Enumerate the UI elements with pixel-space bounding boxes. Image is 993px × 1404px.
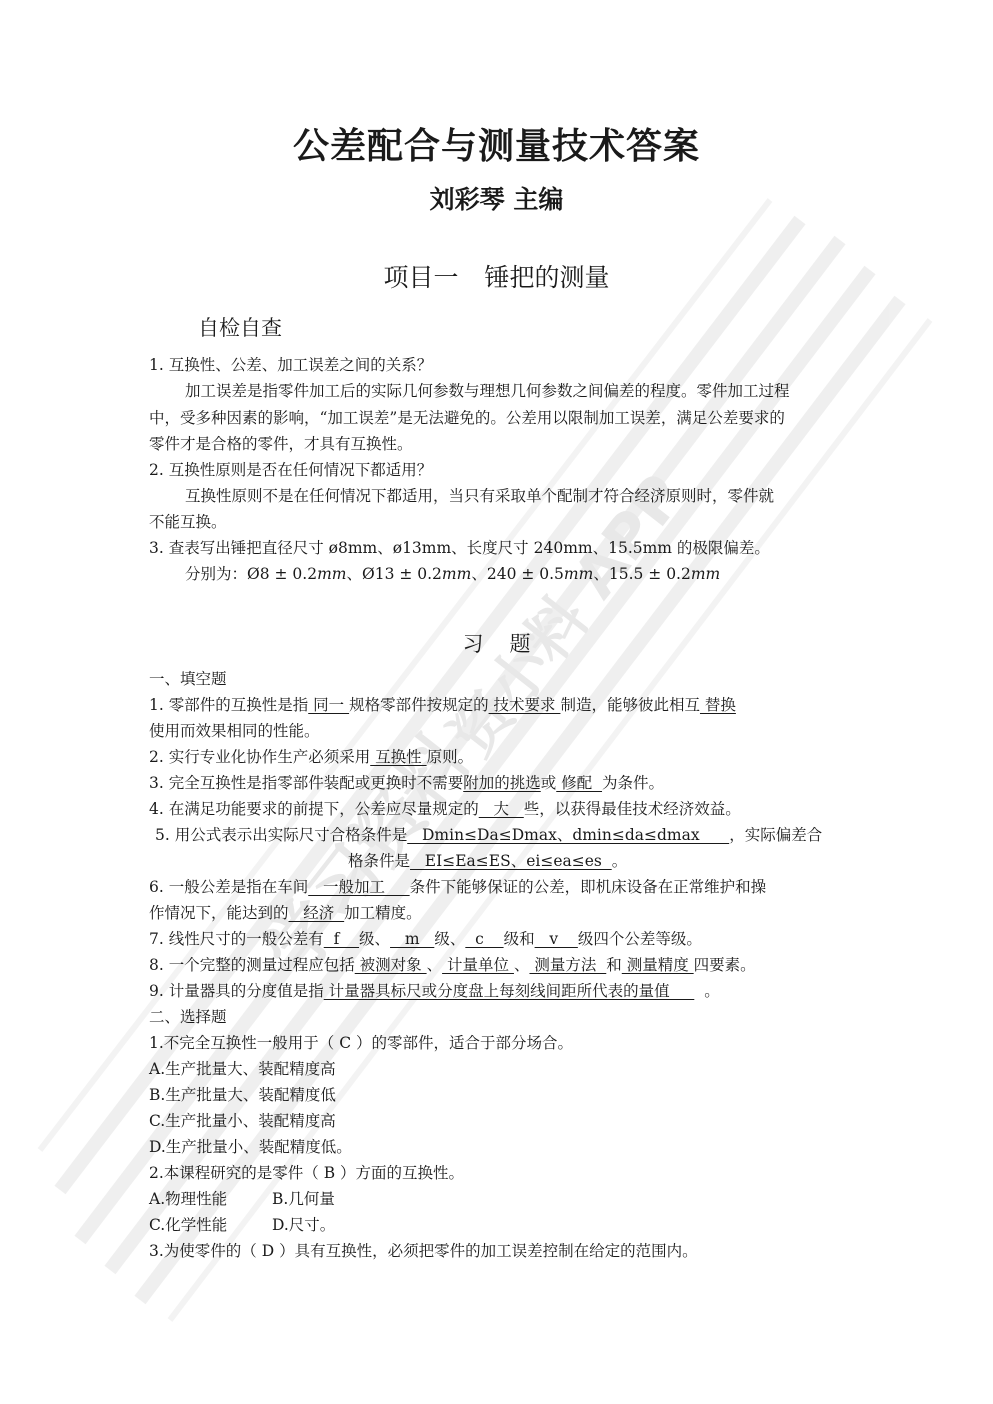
- choice-option: C.化学性能: [149, 1218, 227, 1234]
- text: 、: [514, 956, 530, 974]
- choice-option: B.生产批量大、装配精度低: [149, 1088, 336, 1104]
- text: 制造，能够彼此相互: [560, 696, 700, 714]
- blank-answer: 测量方法: [529, 956, 606, 974]
- blank-answer: 被测对象: [355, 956, 427, 974]
- text: 级和: [504, 930, 535, 948]
- answer-2-line-1: 互换性原则不是在任何情况下都适用，当只有采取单个配制才符合经济原则时，零件就: [185, 489, 774, 505]
- fill-question-5-cont: 格条件是 EI≤Ea≤ES、ei≤ea≤es 。: [348, 854, 627, 870]
- project-heading: 项目一锤把的测量: [0, 258, 993, 294]
- choice-option: B.几何量: [272, 1192, 335, 1208]
- choice-question-3: 3.为使零件的（ D ）具有互换性，必须把零件的加工误差控制在给定的范围内。: [149, 1244, 698, 1260]
- fill-question-2: 2. 实行专业化协作生产必须采用 互换性 原则。: [149, 750, 473, 766]
- text: 级、: [359, 930, 390, 948]
- unit: mm: [564, 565, 593, 583]
- section-heading-exercises: 习题: [0, 628, 993, 658]
- text: 级、: [434, 930, 465, 948]
- fill-question-4: 4. 在满足功能要求的前提下，公差应尽量规定的 大 些，以获得最佳技术经济效益。: [149, 802, 741, 818]
- text: ，实际偏差合: [729, 826, 822, 844]
- section-heading-self-check: 自检自查: [198, 312, 282, 342]
- answer-value: Ø8 ± 0.2: [247, 565, 317, 583]
- fill-question-9: 9. 计量器具的分度值是指 计量器具标尺或分度盘上每刻线间距所代表的量值 。: [149, 984, 720, 1000]
- answer-1-line-3: 零件才是合格的零件，才具有互换性。: [149, 437, 413, 453]
- heading-char: 习: [463, 632, 484, 656]
- unit: mm: [317, 565, 346, 583]
- choice-option: A.物理性能: [149, 1192, 227, 1208]
- fill-question-5: 5. 用公式表示出实际尺寸合格条件是 Dmin≤Da≤Dmax、dmin≤da≤…: [155, 828, 822, 844]
- choice-option: D.尺寸。: [272, 1218, 335, 1234]
- answer-3: 分别为：Ø8 ± 0.2mm、Ø13 ± 0.2mm、240 ± 0.5mm、1…: [185, 567, 720, 583]
- text: 作情况下，能达到的: [149, 904, 289, 922]
- answer-1-line-2: 中，受多种因素的影响，“加工误差”是无法避免的。公差用以限制加工误差，满足公差要…: [149, 411, 785, 427]
- text: 5. 用公式表示出实际尺寸合格条件是: [155, 826, 407, 844]
- text: 和: [606, 956, 622, 974]
- choice-question-2: 2.本课程研究的是零件（ B ）方面的互换性。: [149, 1166, 464, 1182]
- fill-question-1-cont: 使用而效果相同的性能。: [149, 724, 320, 740]
- document-editor: 刘彩琴 主编: [0, 180, 993, 216]
- choice-option: C.生产批量小、装配精度高: [149, 1114, 336, 1130]
- text: 8. 一个完整的测量过程应包括: [149, 956, 355, 974]
- blank-answer: 同一: [308, 696, 349, 714]
- fill-question-6-cont: 作情况下，能达到的 经济 加工精度。: [149, 906, 422, 922]
- fill-blank-heading: 一、填空题: [149, 672, 227, 688]
- text: 原则。: [427, 748, 474, 766]
- text: 条件下能够保证的公差，即机床设备在正常维护和操: [410, 878, 767, 896]
- answer-value: Ø13 ± 0.2: [362, 565, 442, 583]
- text: 1. 零部件的互换性是指: [149, 696, 308, 714]
- blank-answer: 修配: [556, 774, 602, 792]
- answer-prefix: 分别为：: [185, 565, 247, 583]
- project-number: 项目一: [383, 263, 458, 292]
- fill-question-8: 8. 一个完整的测量过程应包括 被测对象 、 计量单位 、 测量方法 和 测量精…: [149, 958, 756, 974]
- text: 加工精度。: [344, 904, 422, 922]
- blank-answer: EI≤Ea≤ES、ei≤ea≤es: [410, 852, 612, 870]
- multiple-choice-heading: 二、选择题: [149, 1010, 227, 1026]
- question-2: 2. 互换性原则是否在任何情况下都适用？: [149, 463, 432, 479]
- text: 四要素。: [694, 956, 756, 974]
- text: 级四个公差等级。: [578, 930, 702, 948]
- choice-option: A.生产批量大、装配精度高: [149, 1062, 336, 1078]
- blank-answer: 替换: [700, 696, 736, 714]
- blank-answer: 大: [479, 800, 524, 818]
- blank-answer: 经济: [289, 904, 345, 922]
- text: 格条件是: [348, 852, 410, 870]
- separator: 、: [346, 565, 362, 583]
- answer-value: 15.5 ± 0.2: [609, 565, 691, 583]
- blank-answer: v: [535, 930, 578, 948]
- blank-answer: c: [465, 930, 503, 948]
- text: 9. 计量器具的分度值是指: [149, 982, 324, 1000]
- answer-1-line-1: 加工误差是指零件加工后的实际几何参数与理想几何参数之间偏差的程度。零件加工过程: [185, 384, 790, 400]
- blank-answer: Dmin≤Da≤Dmax、dmin≤da≤dmax: [407, 826, 729, 844]
- blank-answer: 计量单位: [442, 956, 514, 974]
- answer-value: 240 ± 0.5: [487, 565, 564, 583]
- blank-answer: 互换性: [370, 748, 426, 766]
- text: 。: [704, 982, 720, 1000]
- blank-answer: 技术要求: [489, 696, 561, 714]
- text: 2. 实行专业化协作生产必须采用: [149, 748, 370, 766]
- choice-option: D.生产批量小、装配精度低。: [149, 1140, 352, 1156]
- text: 6. 一般公差是指在车间: [149, 878, 308, 896]
- text: 、: [427, 956, 443, 974]
- blank-answer: 计量器具标尺或分度盘上每刻线间距所代表的量值: [324, 982, 695, 1000]
- text: 为条件。: [602, 774, 664, 792]
- text: 。: [612, 852, 628, 870]
- blank-answer: f: [324, 930, 359, 948]
- separator: 、: [471, 565, 487, 583]
- text: 些，以获得最佳技术经济效益。: [524, 800, 741, 818]
- choice-question-1: 1.不完全互换性一般用于（ C ）的零部件，适合于部分场合。: [149, 1036, 573, 1052]
- fill-question-7: 7. 线性尺寸的一般公差有 f 级、 m 级、 c 级和 v 级四个公差等级。: [149, 932, 702, 948]
- fill-question-6: 6. 一般公差是指在车间 一般加工 条件下能够保证的公差，即机床设备在正常维护和…: [149, 880, 766, 896]
- blank-answer: 附加的挑选: [463, 774, 541, 792]
- text: 7. 线性尺寸的一般公差有: [149, 930, 324, 948]
- text: 4. 在满足功能要求的前提下，公差应尽量规定的: [149, 800, 479, 818]
- document-page: 公差配合与测量技术答案 刘彩琴 主编 项目一锤把的测量 自检自查 1. 互换性、…: [0, 0, 993, 1404]
- heading-char: 题: [510, 632, 531, 656]
- text: 或: [541, 774, 557, 792]
- blank-answer: 一般加工: [308, 878, 409, 896]
- fill-question-3: 3. 完全互换性是指零部件装配或更换时不需要附加的挑选或 修配 为条件。: [149, 776, 664, 792]
- unit: mm: [442, 565, 471, 583]
- question-3: 3. 查表写出锤把直径尺寸 ø8mm、ø13mm、长度尺寸 240mm、15.5…: [149, 541, 770, 557]
- answer-2-line-2: 不能互换。: [149, 515, 227, 531]
- text: 规格零部件按规定的: [349, 696, 489, 714]
- blank-answer: m: [390, 930, 434, 948]
- blank-answer: 测量精度: [622, 956, 694, 974]
- project-name: 锤把的测量: [485, 263, 610, 292]
- separator: 、: [593, 565, 609, 583]
- text: 3. 完全互换性是指零部件装配或更换时不需要: [149, 774, 463, 792]
- question-1: 1. 互换性、公差、加工误差之间的关系？: [149, 358, 432, 374]
- unit: mm: [691, 565, 720, 583]
- fill-question-1: 1. 零部件的互换性是指 同一 规格零部件按规定的 技术要求 制造，能够彼此相互…: [149, 698, 736, 714]
- document-title: 公差配合与测量技术答案: [0, 118, 993, 169]
